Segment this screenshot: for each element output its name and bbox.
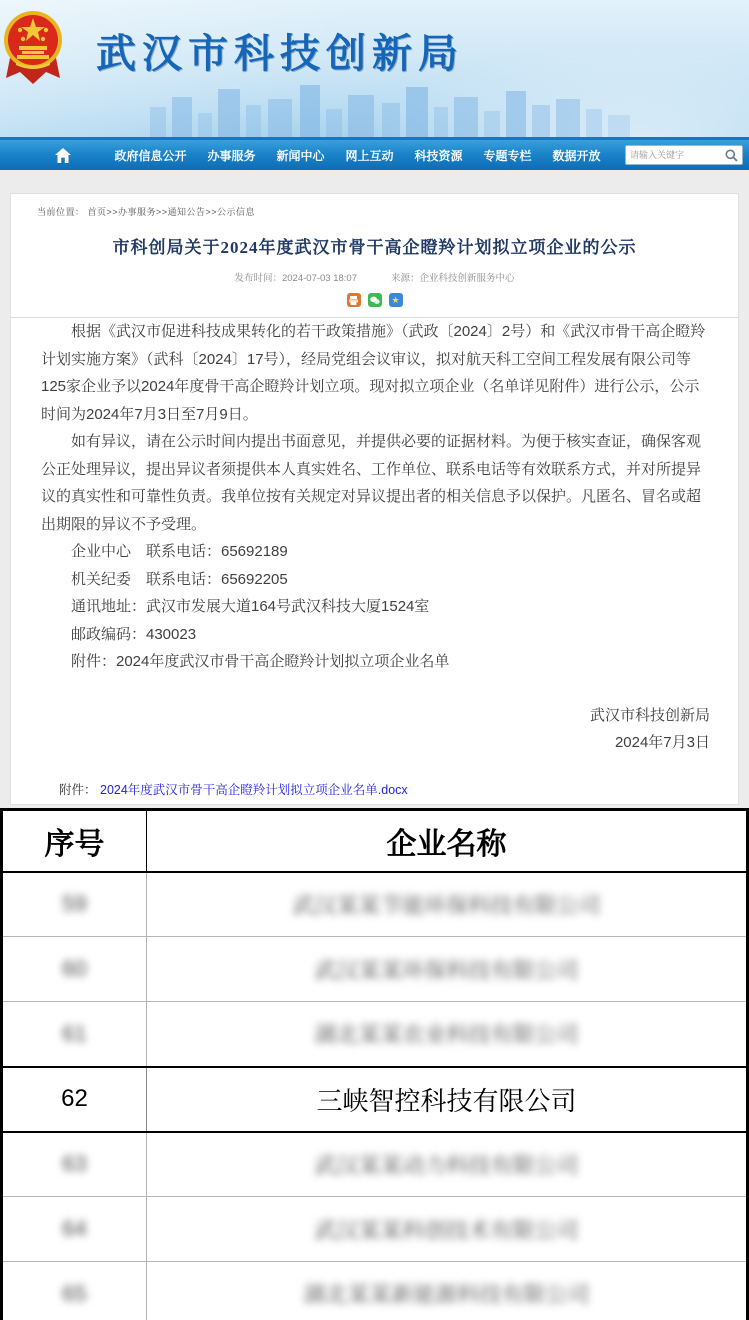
site-search — [625, 145, 743, 165]
company-name-cell: 湖北某某新能源科技有限公司 — [147, 1262, 748, 1320]
nav-item-1[interactable]: 政府信息公开 — [114, 147, 186, 164]
signature-date: 2024年7月3日 — [11, 729, 710, 756]
company-name-cell: 三峡智控科技有限公司 — [147, 1067, 748, 1132]
table-row: 64武汉某某科创技术有限公司 — [2, 1197, 748, 1262]
column-header-no: 序号 — [2, 810, 147, 872]
publish-time-label: 发布时间： — [234, 273, 282, 284]
search-input[interactable] — [630, 150, 725, 160]
search-icon[interactable] — [725, 149, 738, 162]
nav-item-2[interactable]: 办事服务 — [207, 147, 255, 164]
info-line-4: 邮政编码：430023 — [41, 621, 708, 649]
wechat-share-icon[interactable] — [368, 293, 382, 307]
source-label: 来源： — [391, 273, 420, 284]
row-number-cell: 61 — [2, 1002, 147, 1067]
column-header-name: 企业名称 — [147, 810, 748, 872]
table-row: 65湖北某某新能源科技有限公司 — [2, 1262, 748, 1320]
signature-org: 武汉市科技创新局 — [11, 702, 710, 729]
table-row: 60武汉某某环保科技有限公司 — [2, 937, 748, 1002]
article-meta: 发布时间：2024-07-03 18:07来源：企业科技创新服务中心 — [11, 270, 738, 284]
breadcrumb: 当前位置： 首页>>办事服务>>通知公告>>公示信息 — [11, 194, 738, 218]
company-name-cell: 武汉某某科创技术有限公司 — [147, 1197, 748, 1262]
nav-item-4[interactable]: 网上互动 — [345, 147, 393, 164]
home-icon[interactable] — [52, 148, 74, 163]
info-line-5: 附件：2024年度武汉市骨干高企瞪羚计划拟立项企业名单 — [41, 648, 708, 676]
article-body: 根据《武汉市促进科技成果转化的若干政策措施》（武政〔2024〕2号）和《武汉市骨… — [11, 318, 738, 676]
city-skyline-graphic — [0, 79, 749, 137]
site-header: 武汉市科技创新局 — [0, 0, 749, 137]
page-background: 当前位置： 首页>>办事服务>>通知公告>>公示信息 市科创局关于2024年度武… — [0, 170, 749, 808]
signature-block: 武汉市科技创新局 2024年7月3日 — [11, 702, 738, 756]
nav-item-5[interactable]: 科技资源 — [414, 147, 462, 164]
article-title: 市科创局关于2024年度武汉市骨干高企瞪羚计划拟立项企业的公示 — [11, 233, 738, 258]
main-nav: 政府信息公开办事服务新闻中心网上互动科技资源专题专栏数据开放 — [0, 137, 749, 170]
nav-item-7[interactable]: 数据开放 — [552, 147, 600, 164]
row-number-cell: 64 — [2, 1197, 147, 1262]
company-name-cell: 武汉某某动力科技有限公司 — [147, 1132, 748, 1197]
table-row: 62三峡智控科技有限公司 — [2, 1067, 748, 1132]
table-header-row: 序号 企业名称 — [2, 810, 748, 872]
publish-time: 2024-07-03 18:07 — [282, 273, 357, 284]
attachment-label: 附件： — [59, 783, 97, 797]
attachment-row: 附件： 2024年度武汉市骨干高企瞪羚计划拟立项企业名单.docx — [11, 780, 738, 798]
print-icon[interactable] — [347, 293, 361, 307]
table-row: 59武汉某某节能环保科技有限公司 — [2, 872, 748, 937]
info-line-3: 通讯地址：武汉市发展大道164号武汉科技大厦1524室 — [41, 593, 708, 621]
row-number-cell: 60 — [2, 937, 147, 1002]
source-value: 企业科技创新服务中心 — [420, 273, 515, 284]
info-line-2: 机关纪委 联系电话：65692205 — [41, 566, 708, 594]
row-number-cell: 63 — [2, 1132, 147, 1197]
row-number-cell: 62 — [2, 1067, 147, 1132]
table-row: 63武汉某某动力科技有限公司 — [2, 1132, 748, 1197]
company-name-cell: 湖北某某农业科技有限公司 — [147, 1002, 748, 1067]
company-table: 序号 企业名称 59武汉某某节能环保科技有限公司60武汉某某环保科技有限公司61… — [0, 808, 749, 1320]
nav-items: 政府信息公开办事服务新闻中心网上互动科技资源专题专栏数据开放 — [104, 147, 611, 164]
paragraph-2: 如有异议，请在公示时间内提出书面意见，并提供必要的证据材料。为便于核实查证，确保… — [41, 428, 708, 538]
row-number-cell: 59 — [2, 872, 147, 937]
contact-info-lines: 企业中心 联系电话：65692189机关纪委 联系电话：65692205通讯地址… — [41, 538, 708, 676]
company-name-cell: 武汉某某环保科技有限公司 — [147, 937, 748, 1002]
paragraph-1: 根据《武汉市促进科技成果转化的若干政策措施》（武政〔2024〕2号）和《武汉市骨… — [41, 318, 708, 428]
favorite-star-icon[interactable]: ★ — [389, 293, 403, 307]
company-name-cell: 武汉某某节能环保科技有限公司 — [147, 872, 748, 937]
row-number-cell: 65 — [2, 1262, 147, 1320]
national-emblem-logo — [2, 6, 64, 90]
nav-item-6[interactable]: 专题专栏 — [483, 147, 531, 164]
share-icons: ★ — [11, 293, 738, 307]
table-row: 61湖北某某农业科技有限公司 — [2, 1002, 748, 1067]
attachment-link[interactable]: 2024年度武汉市骨干高企瞪羚计划拟立项企业名单.docx — [100, 783, 408, 797]
site-title: 武汉市科技创新局 — [96, 22, 464, 79]
info-line-1: 企业中心 联系电话：65692189 — [41, 538, 708, 566]
nav-item-3[interactable]: 新闻中心 — [276, 147, 324, 164]
article-card: 当前位置： 首页>>办事服务>>通知公告>>公示信息 市科创局关于2024年度武… — [10, 193, 739, 805]
